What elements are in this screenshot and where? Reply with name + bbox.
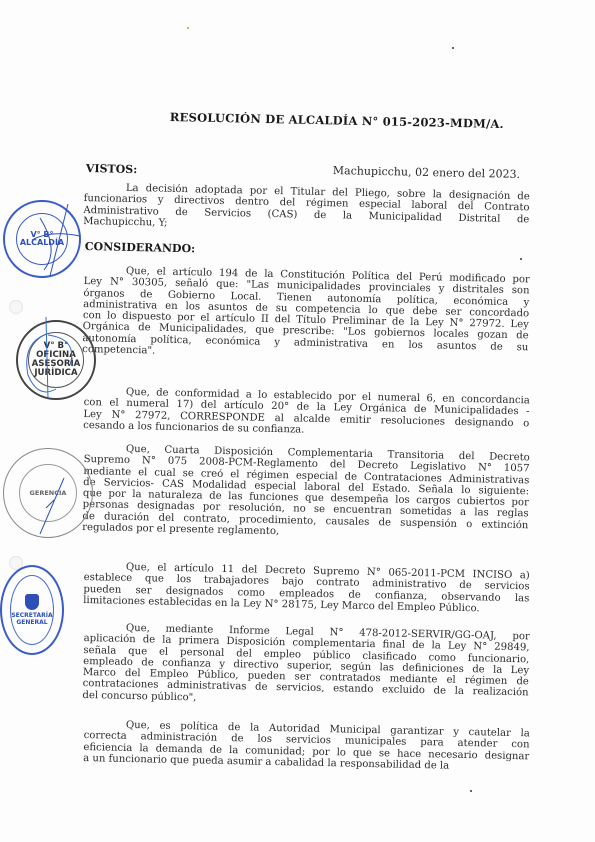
considerando-paragraph: Que, el artículo 194 de la Constitución … <box>82 265 530 365</box>
stamp-text: JURÍDICA <box>34 369 77 378</box>
punch-hole <box>9 300 23 314</box>
vistos-heading: VISTOS: <box>86 162 138 176</box>
considerando-paragraph: Que, mediante Informe Legal N° 478-2012-… <box>82 622 530 710</box>
stamp-text: ALCALDÍA <box>20 239 64 247</box>
considerando-paragraph: Que, es política de la Autoridad Municip… <box>83 719 530 774</box>
scan-speck <box>520 258 522 260</box>
considerando-paragraph: Que, el artículo 11 del Decreto Supremo … <box>83 561 530 616</box>
place-date: Machupicchu, 02 enero del 2023. <box>333 164 520 181</box>
stamp-alcaldia: V° B°ALCALDÍA <box>3 200 81 278</box>
coat-of-arms-icon <box>25 594 39 610</box>
vistos-paragraph: La decisión adoptada por el Titular del … <box>83 182 530 237</box>
considerando-paragraph: Que, de conformidad a lo establecido por… <box>83 386 530 441</box>
scan-speck <box>187 27 189 29</box>
scan-speck <box>470 790 472 792</box>
stamp-gerencia: GERENCIA <box>3 448 93 538</box>
stamp-asesoria-juridica: V° B°OFICINAASESORÍAJURÍDICA <box>16 320 96 400</box>
document-page: RESOLUCIÓN DE ALCALDÍA N° 015-2023-MDM/A… <box>0 0 595 842</box>
stamp-text: GERENCIA <box>30 490 67 497</box>
stamp-secretaria-general: SECRETARÍAGENERAL <box>0 565 64 655</box>
considerando-paragraph: Que, Cuarta Disposición Complementaria T… <box>82 443 530 543</box>
scan-speck <box>452 47 454 49</box>
considerando-heading: CONSIDERANDO: <box>85 240 196 255</box>
resolution-title: RESOLUCIÓN DE ALCALDÍA N° 015-2023-MDM/A… <box>170 110 504 131</box>
stamp-text: GENERAL <box>16 620 47 626</box>
